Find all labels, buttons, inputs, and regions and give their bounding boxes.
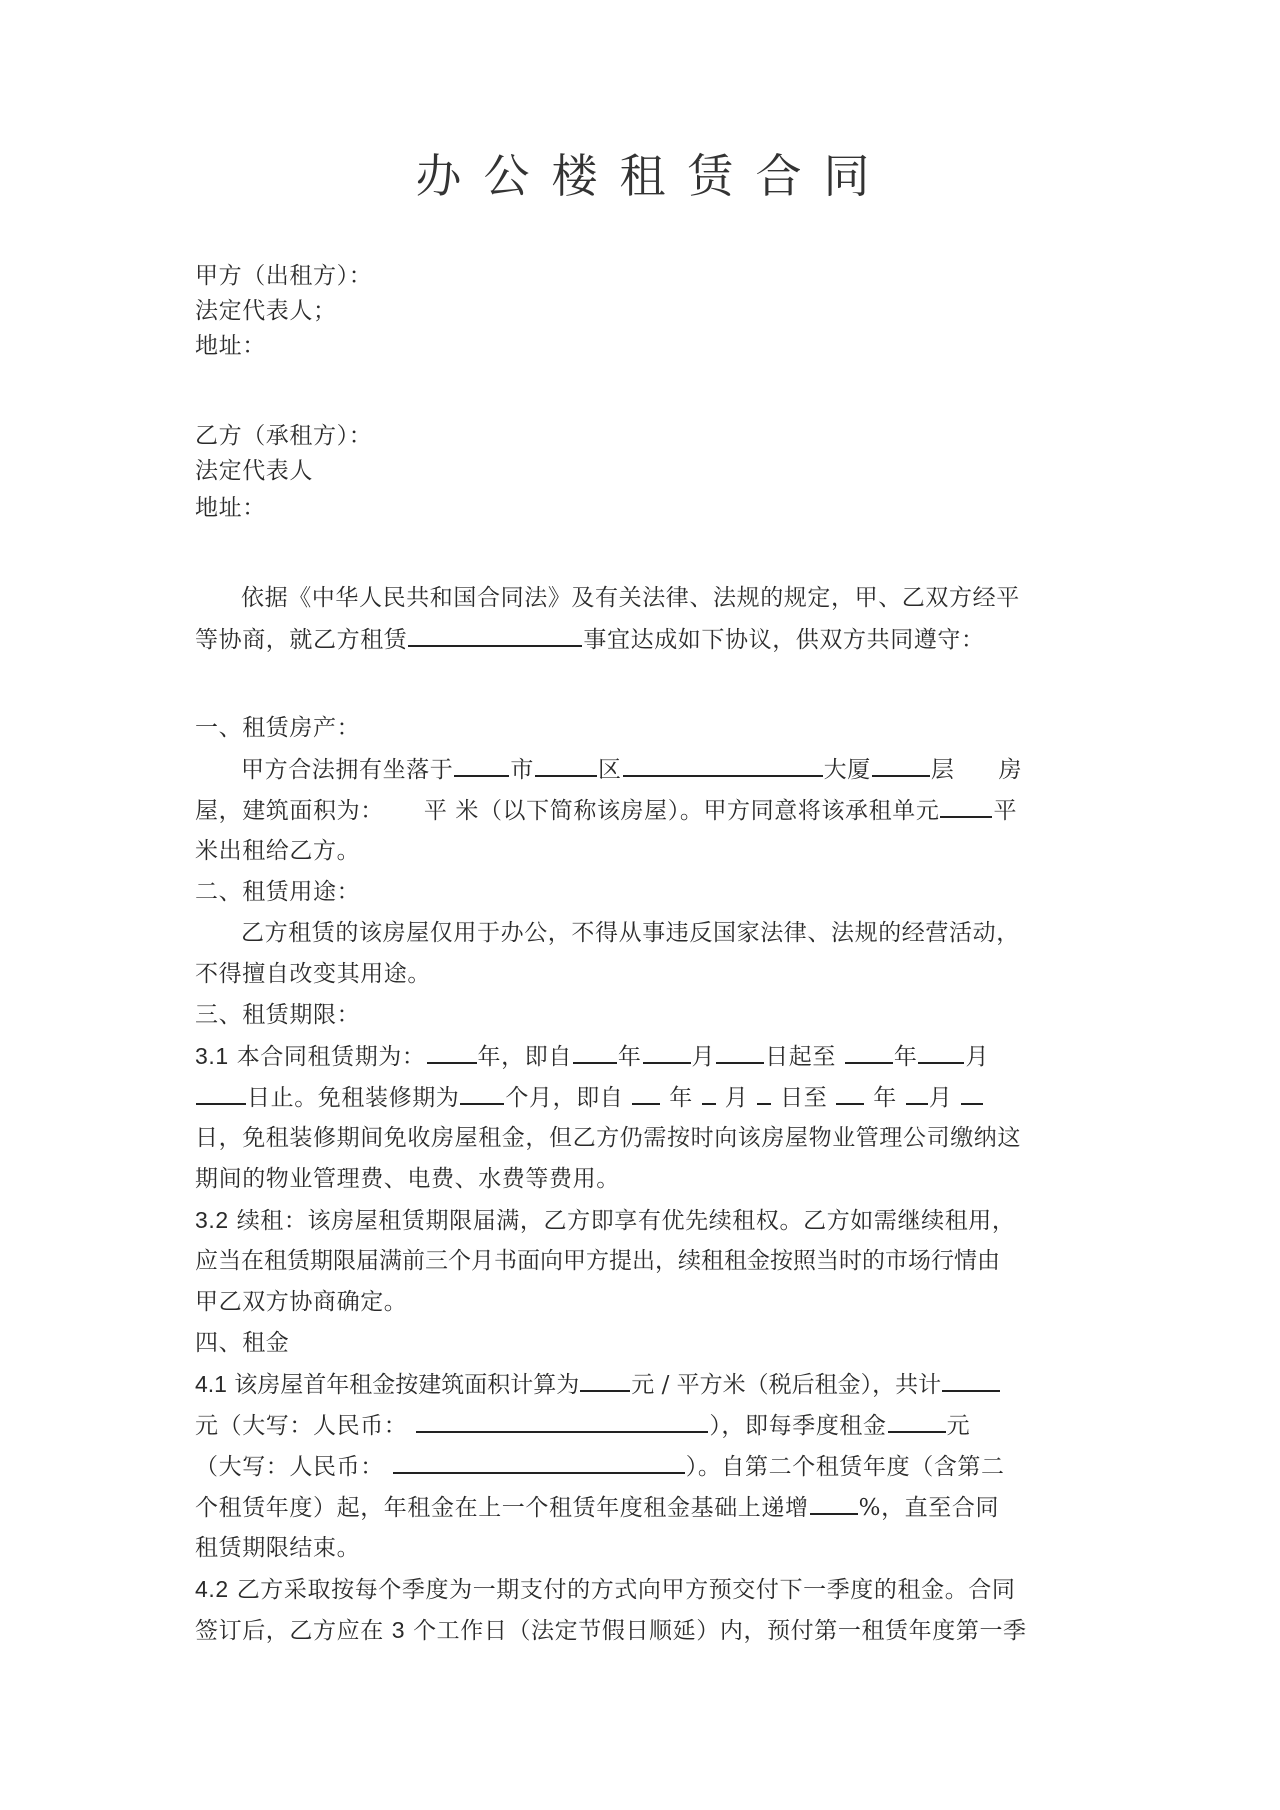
text: 个工作日（法定节假日顺延）内，预付第一租赁年度第一季 [413, 1618, 1027, 1644]
annual-rent-blank[interactable] [942, 1364, 1000, 1392]
section-4-heading: 四、租金 [195, 1323, 1090, 1364]
clause-4-2-line-2: 签订后，乙方应在 3 个工作日（法定节假日顺延）内，预付第一租赁年度第一季 [195, 1610, 1090, 1651]
text: 日起至 [765, 1044, 836, 1070]
text: ），即每季度租金 [709, 1413, 886, 1439]
clause-4-2-line-1: 4.2 乙方采取按每个季度为一期支付的方式向甲方预交付下一季度的租金。合同 [195, 1569, 1090, 1610]
text: 元 / 平方米（税后租金），共计 [631, 1372, 941, 1398]
text: 日至 [780, 1085, 827, 1111]
text: 元 [947, 1413, 971, 1439]
text: 本合同租赁期为： [237, 1044, 426, 1070]
quarterly-rent-blank[interactable] [888, 1405, 946, 1433]
text: 月 [692, 1044, 716, 1070]
text: 月 [929, 1085, 953, 1111]
text: 签订后，乙方应在 [195, 1618, 384, 1644]
clause-4-1-line-2: 元（大写：人民币： ），即每季度租金元 [195, 1405, 1090, 1446]
rent-free-end-day-blank[interactable] [961, 1077, 983, 1105]
text: %，直至合同 [859, 1495, 999, 1521]
text: 日止。免租装修期为 [247, 1085, 459, 1111]
party-b-legal-rep: 法定代表人 [195, 451, 1090, 492]
unit-area-blank[interactable] [940, 790, 992, 818]
section-2-line-1: 乙方租赁的该房屋仅用于办公，不得从事违反国家法律、法规的经营活动， [195, 913, 1090, 954]
text: 元（大写：人民币： [195, 1413, 407, 1439]
text: 平 [993, 798, 1017, 824]
clause-3-2-line-1: 3.2 续租：该房屋租赁期限届满，乙方即享有优先续租权。乙方如需继续租用， [195, 1200, 1090, 1241]
working-days-number: 3 [392, 1617, 405, 1643]
text: 米（以下简称该房屋）。甲方同意将该承租单元 [455, 798, 939, 824]
text: 年 [669, 1085, 693, 1111]
text: 甲方合法拥有坐落于 [241, 757, 453, 783]
rent-free-start-year-blank[interactable] [632, 1077, 660, 1105]
section-2-line-2: 不得擅自改变其用途。 [195, 954, 1090, 995]
preamble-line-2: 等协商，就乙方租赁事宜达成如下协议，供双方共同遵守： [195, 619, 1090, 660]
text: 个月，即自 [505, 1085, 623, 1111]
building-blank[interactable] [623, 749, 823, 777]
document-title: 办公楼租赁合同 [195, 140, 1090, 206]
text: （大写：人民币： [195, 1454, 384, 1480]
text: 屋，建筑面积为： [195, 798, 384, 824]
clause-4-1-line-5: 租赁期限结束。 [195, 1528, 1090, 1569]
annual-increase-percent-blank[interactable] [810, 1487, 858, 1515]
clause-number: 3.2 [195, 1207, 229, 1233]
clause-3-1-line-4: 期间的物业管理费、电费、水费等费用。 [195, 1159, 1090, 1200]
clause-4-1-line-1: 4.1 该房屋首年租金按建筑面积计算为元 / 平方米（税后租金），共计 [195, 1364, 1090, 1405]
rent-free-end-month-blank[interactable] [906, 1077, 928, 1105]
section-1-heading: 一、租赁房产： [195, 708, 1090, 749]
section-2-heading: 二、租赁用途： [195, 872, 1090, 913]
text: 年 [894, 1044, 918, 1070]
clause-3-1-line-2: 日止。免租装修期为个月，即自 年 月 日至 年 月 [195, 1077, 1090, 1118]
text: 个租赁年度）起，年租金在上一个租赁年度租金基础上递增 [195, 1495, 809, 1521]
start-month-blank[interactable] [643, 1036, 691, 1064]
clause-4-1-line-4: 个租赁年度）起，年租金在上一个租赁年度租金基础上递增%，直至合同 [195, 1487, 1090, 1528]
text: ）。自第二个租赁年度（含第二 [686, 1454, 1005, 1480]
text: 房 [998, 757, 1022, 783]
section-1-line-3: 米出租给乙方。 [195, 831, 1090, 872]
text: 月 [725, 1085, 749, 1111]
clause-3-1-line-1: 3.1 本合同租赁期为：年，即自年月日起至 年月 [195, 1036, 1090, 1077]
rent-free-start-month-blank[interactable] [702, 1077, 716, 1105]
text: 区 [598, 757, 622, 783]
text: 平 [424, 798, 448, 824]
text: 市 [510, 757, 534, 783]
clause-3-2-line-3: 甲乙双方协商确定。 [195, 1282, 1090, 1323]
party-a-address: 地址： [195, 326, 1090, 367]
clause-number: 4.2 [195, 1576, 229, 1602]
rent-free-months-blank[interactable] [460, 1077, 504, 1105]
district-blank[interactable] [535, 749, 597, 777]
lease-years-blank[interactable] [427, 1036, 477, 1064]
clause-number: 3.1 [195, 1043, 229, 1069]
party-b-address: 地址： [195, 488, 1090, 529]
rent-free-start-day-blank[interactable] [757, 1077, 771, 1105]
end-day-blank[interactable] [196, 1077, 246, 1105]
section-3-heading: 三、租赁期限： [195, 995, 1090, 1036]
section-1-line-1: 甲方合法拥有坐落于市区大厦层房 [195, 749, 1090, 790]
rent-per-sqm-blank[interactable] [580, 1364, 630, 1392]
text: 该房屋首年租金按建筑面积计算为 [234, 1372, 579, 1398]
clause-3-1-line-3: 日，免租装修期间免收房屋租金，但乙方仍需按时向该房屋物业管理公司缴纳这 [195, 1118, 1090, 1159]
text: 年，即自 [478, 1044, 572, 1070]
clause-number: 4.1 [195, 1371, 227, 1397]
text: 乙方采取按每个季度为一期支付的方式向甲方预交付下一季度的租金。合同 [237, 1577, 1016, 1603]
text: 续租：该房屋租赁期限届满，乙方即享有优先续租权。乙方如需继续租用， [237, 1208, 1016, 1234]
text: 年 [873, 1085, 897, 1111]
start-day-blank[interactable] [716, 1036, 764, 1064]
preamble-text-a: 等协商，就乙方租赁 [195, 627, 407, 653]
preamble-line-1: 依据《中华人民共和国合同法》及有关法律、法规的规定，甲、乙双方经平 [195, 578, 1090, 619]
end-year-blank[interactable] [845, 1036, 893, 1064]
quarterly-rent-in-words-blank[interactable] [393, 1446, 685, 1474]
text: 大厦 [824, 757, 871, 783]
text: 层 [931, 757, 955, 783]
rent-free-end-year-blank[interactable] [836, 1077, 864, 1105]
text: 年 [618, 1044, 642, 1070]
section-1-line-2: 屋，建筑面积为：平 米（以下简称该房屋）。甲方同意将该承租单元平 [195, 790, 1090, 831]
city-blank[interactable] [454, 749, 509, 777]
text: 月 [965, 1044, 989, 1070]
leased-item-blank[interactable] [408, 619, 582, 647]
clause-3-2-line-2: 应当在租赁期限届满前三个月书面向甲方提出，续租租金按照当时的市场行情由 [195, 1241, 1090, 1282]
clause-4-1-line-3: （大写：人民币： ）。自第二个租赁年度（含第二 [195, 1446, 1090, 1487]
end-month-blank[interactable] [918, 1036, 964, 1064]
start-year-blank[interactable] [573, 1036, 617, 1064]
preamble-text-b: 事宜达成如下协议，供双方共同遵守： [583, 627, 984, 653]
annual-rent-in-words-blank[interactable] [416, 1405, 708, 1433]
floor-blank[interactable] [872, 749, 930, 777]
